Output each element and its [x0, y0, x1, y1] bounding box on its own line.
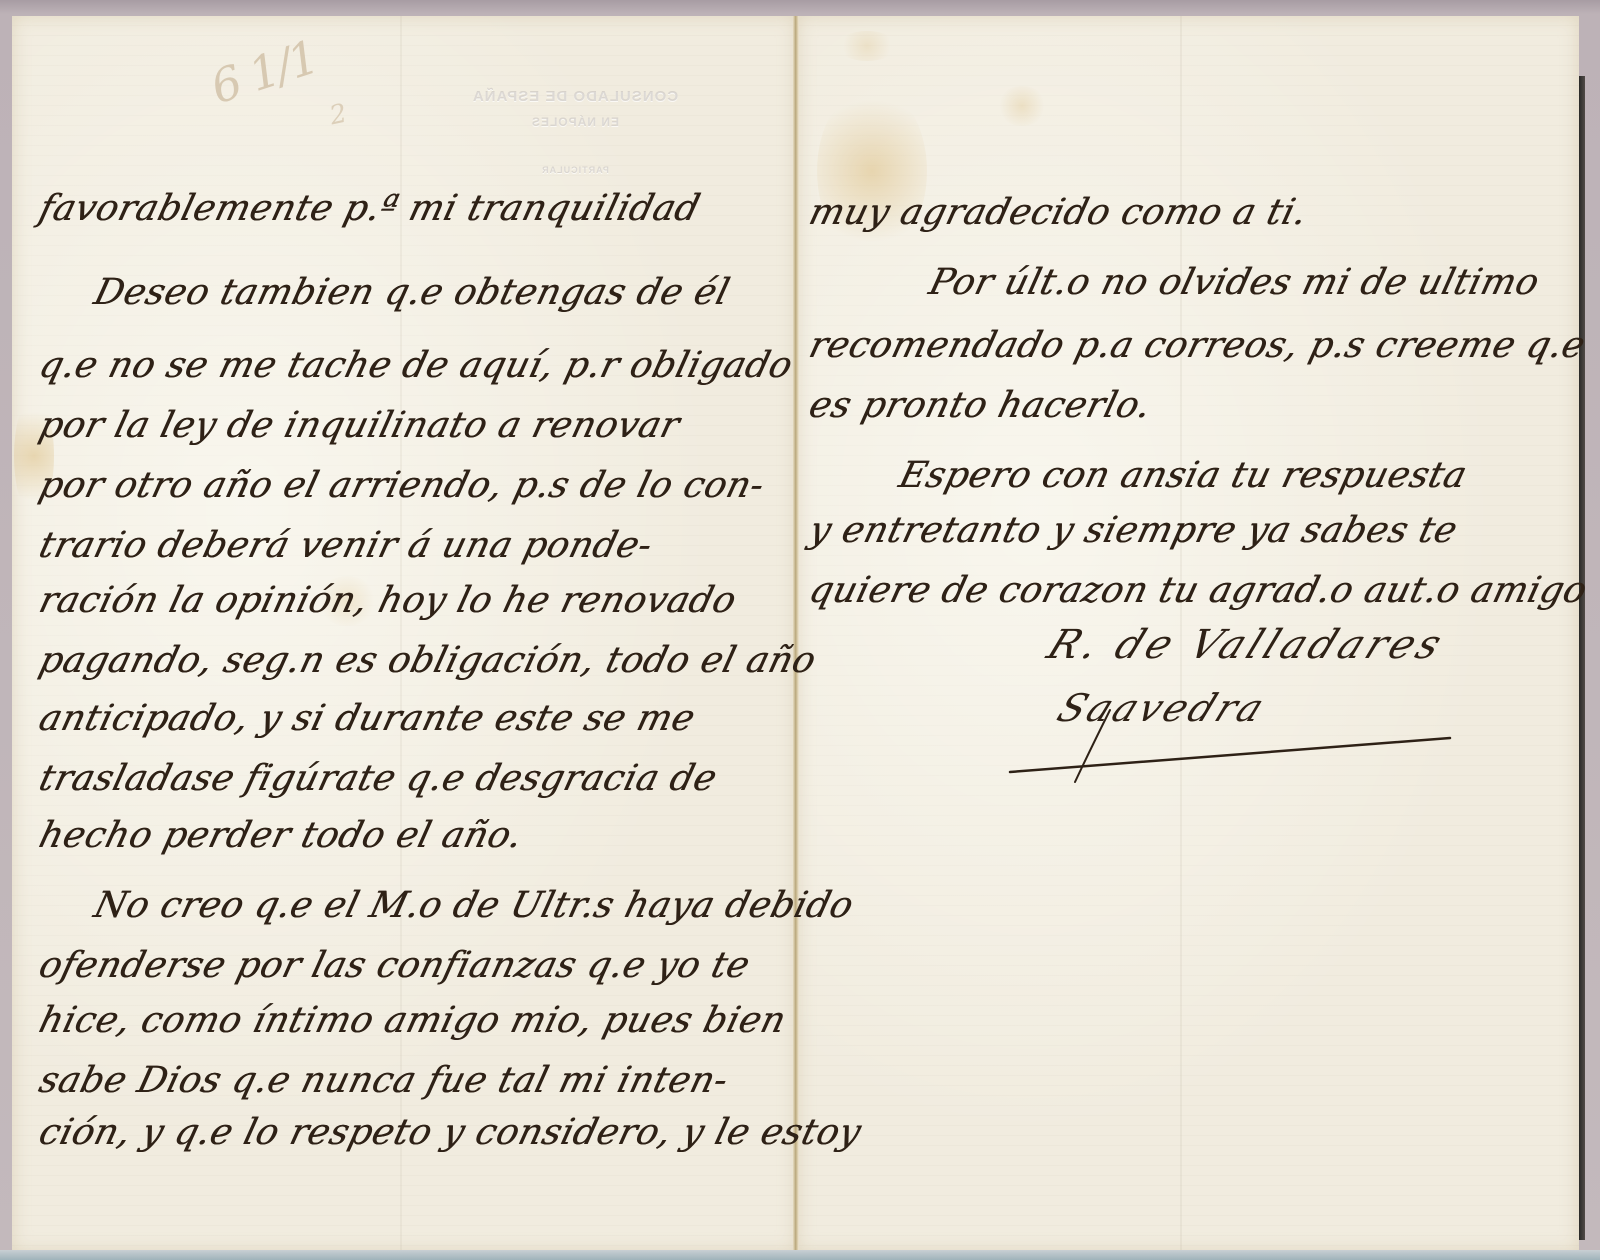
scanner-edge-strip [0, 1250, 1600, 1260]
handwritten-line: hice, como íntimo amigo mio, pues bien [35, 1000, 790, 1041]
handwritten-line: trario deberá venir á una ponde- [35, 525, 657, 566]
handwritten-line: Espero con ansia tu respuesta [895, 455, 1471, 496]
handwritten-line: es pronto hacerlo. [805, 385, 1155, 426]
foxing-stain [837, 31, 897, 61]
handwritten-line: por la ley de inquilinato a renovar [35, 405, 684, 446]
handwritten-line: trasladase figúrate q.e desgracia de [35, 758, 721, 799]
handwritten-line: ción, y q.e lo respeto y considero, y le… [35, 1112, 865, 1153]
handwritten-line: anticipado, y si durante este se me [35, 698, 699, 739]
embossed-letterhead: CONSULADO DE ESPAÑA EN NÁPOLES PARTICULA… [450, 88, 700, 175]
signature-flourish-icon [1000, 690, 1470, 790]
handwritten-line: sabe Dios q.e nunca fue tal mi inten- [35, 1060, 732, 1101]
handwritten-line: Deseo tambien q.e obtengas de él [90, 272, 734, 313]
letterhead-line-2: EN NÁPOLES [450, 115, 700, 129]
handwritten-line: hecho perder todo el año. [35, 815, 527, 856]
letterhead-line-3: PARTICULAR [450, 165, 700, 175]
center-spine-fold [793, 16, 799, 1252]
handwritten-line: por otro año el arriendo, p.s de lo con- [35, 465, 769, 506]
handwritten-line: Por últ.o no olvides mi de ultimo [925, 262, 1544, 303]
handwritten-line: favorablemente p.ª mi tranquilidad [35, 188, 704, 229]
handwritten-line: y entretanto y siempre ya sabes te [805, 510, 1462, 551]
handwritten-line: ofenderse por las confianzas q.e yo te [35, 945, 754, 986]
handwritten-line: q.e no se me tache de aquí, p.r obligado [35, 345, 797, 386]
handwritten-line: muy agradecido como a ti. [805, 192, 1312, 233]
letterhead-line-1: CONSULADO DE ESPAÑA [450, 88, 700, 105]
handwritten-line: quiere de corazon tu agrad.o aut.o amigo [805, 570, 1591, 611]
handwritten-line: recomendado p.a correos, p.s creeme q.e [805, 325, 1589, 366]
foxing-stain [997, 86, 1047, 126]
handwritten-line: No creo q.e el M.o de Ultr.s haya debido [90, 885, 858, 926]
handwritten-line: ración la opinión, hoy lo he renovado [35, 580, 741, 621]
handwritten-line: pagando, seg.n es obligación, todo el añ… [35, 640, 820, 681]
signature-name: R. de Valladares [1041, 622, 1452, 668]
